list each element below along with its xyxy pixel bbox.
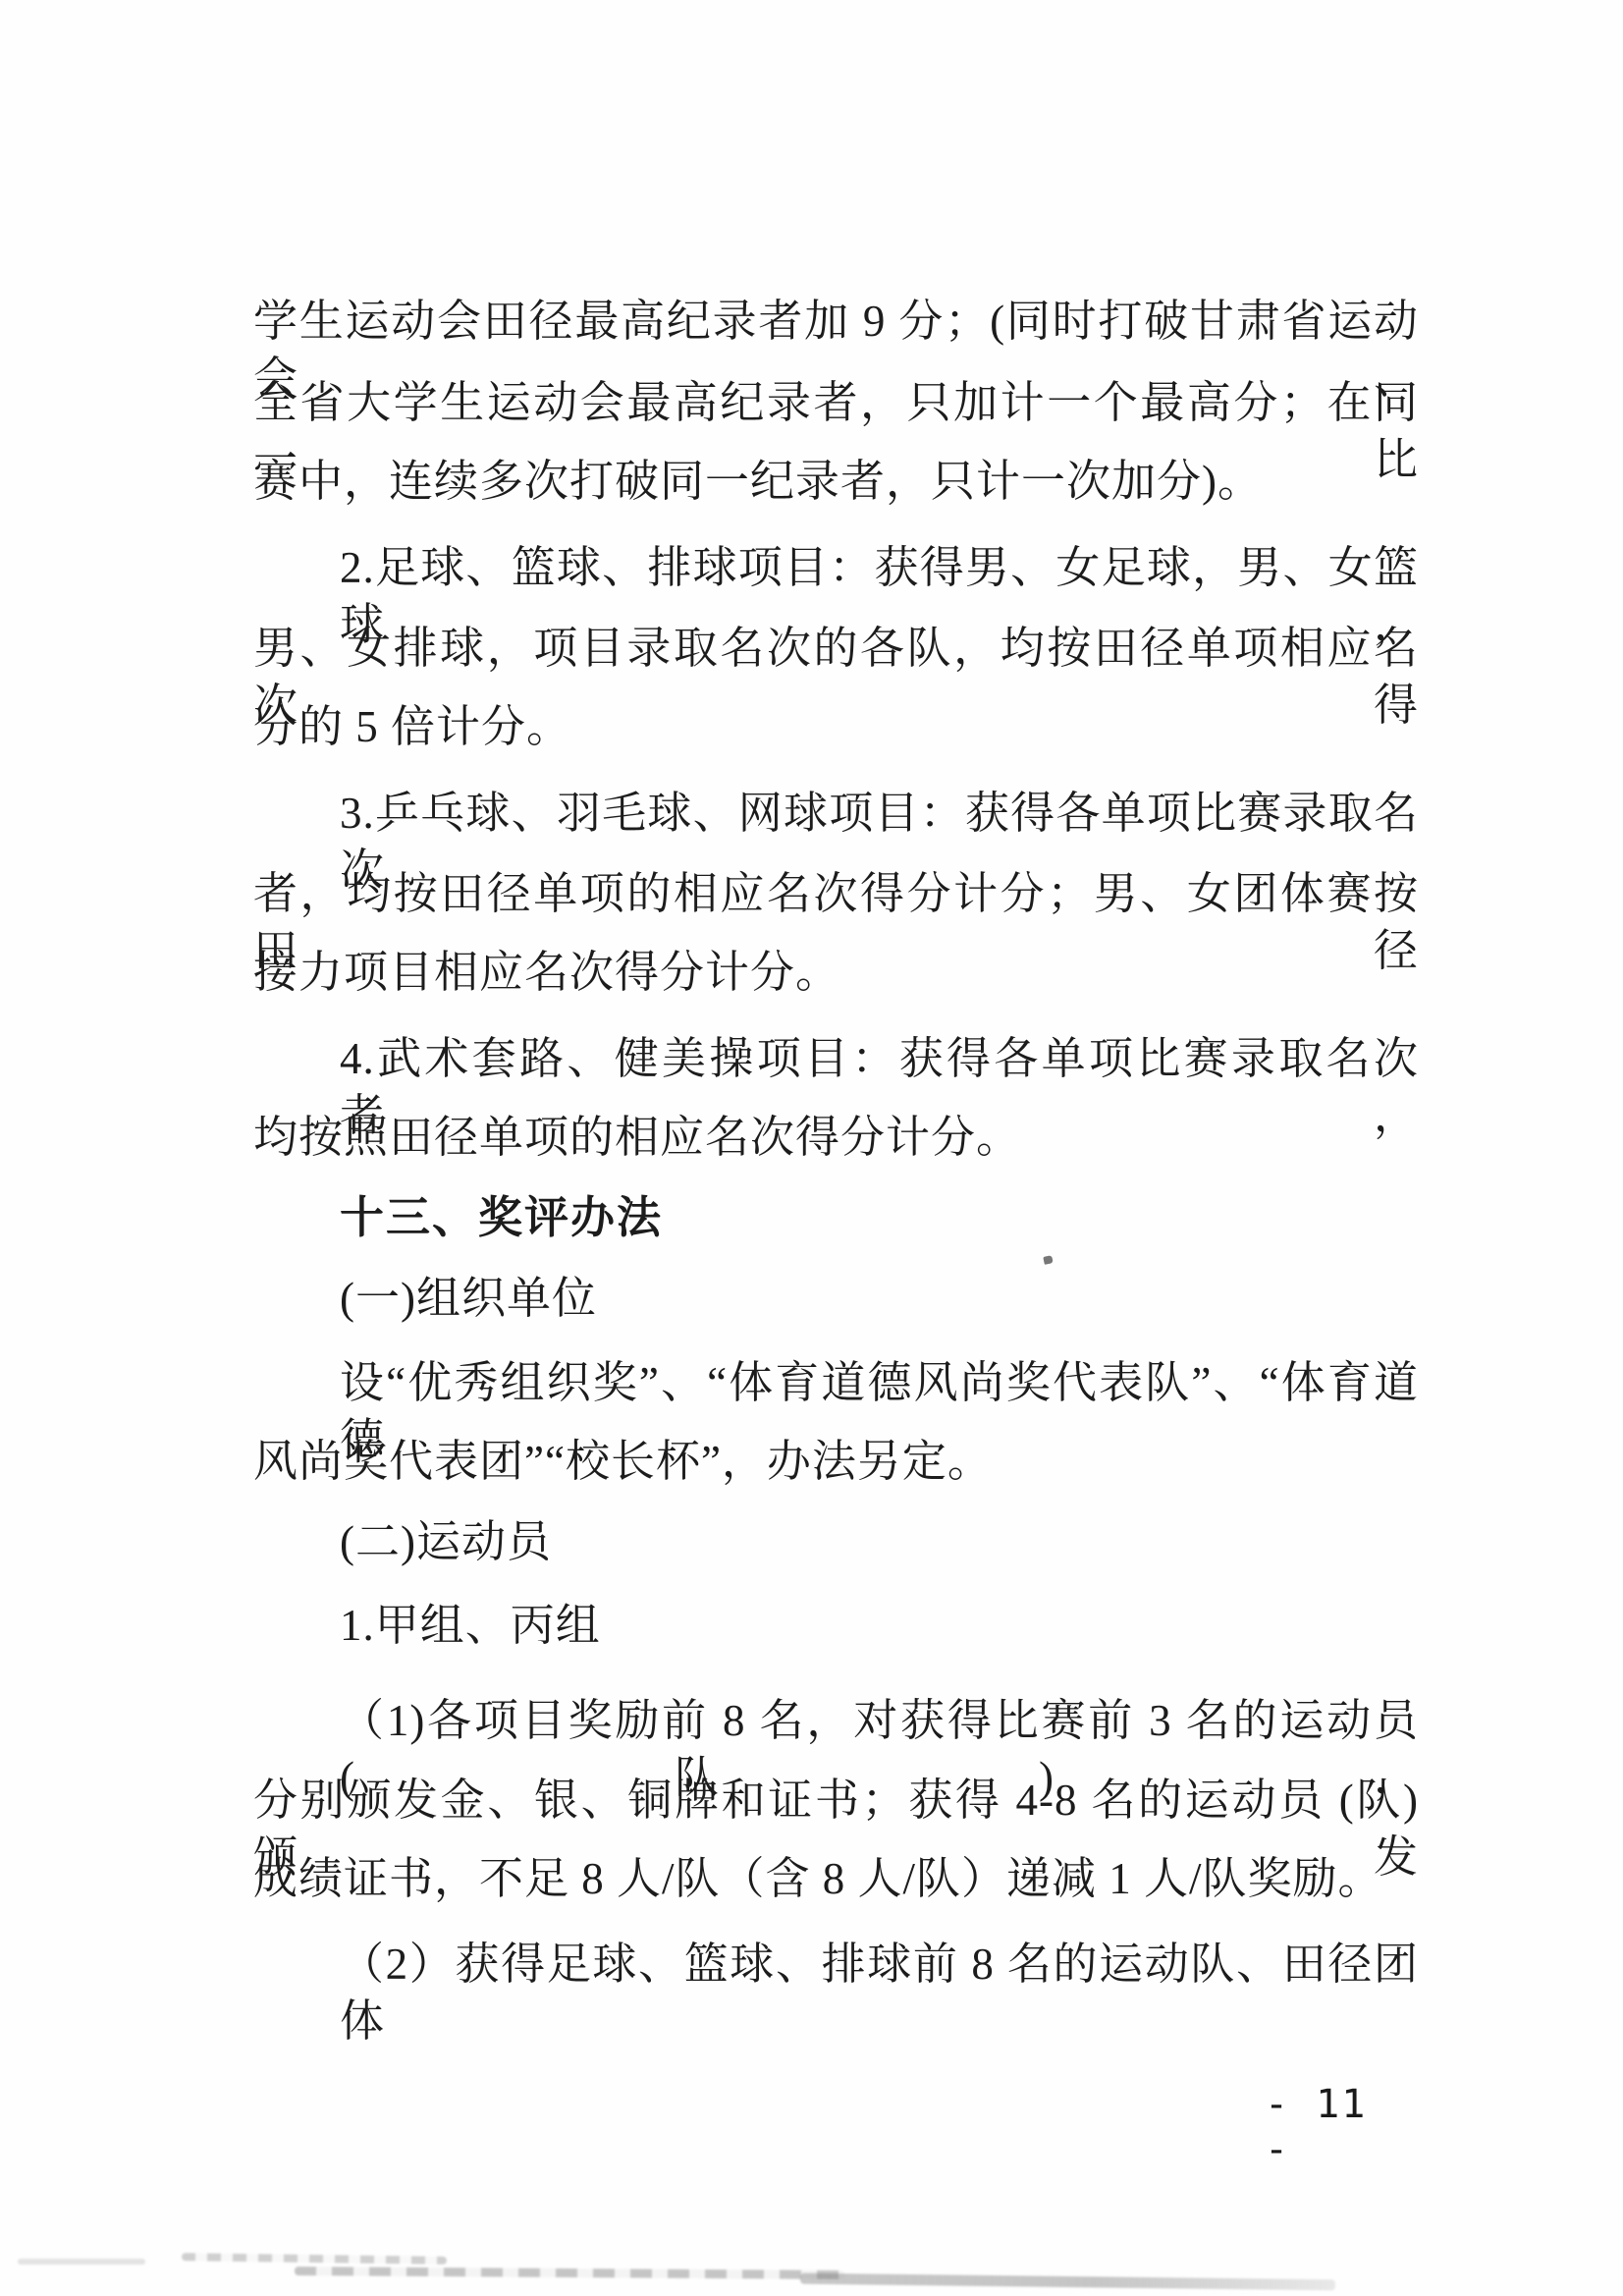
document-page: 学生运动会田径最高纪录者加 9 分；(同时打破甘肃省运动会、 全省大学生运动会最… [0,0,1623,2296]
subsection-heading: (二)运动员 [253,1513,1419,1570]
text-line: 4.武术套路、健美操项目：获得各单项比赛录取名次者， [253,1030,1419,1087]
text-line: 者，均按田径单项的相应名次得分计分；男、女团体赛按田径 [253,865,1419,922]
text-line: 设“优秀组织奖”、“体育道德风尚奖代表队”、“体育道德 [253,1354,1419,1411]
text-line: 接力项目相应名次得分计分。 [253,944,1419,1001]
text-line: 1.甲组、丙组 [253,1597,1419,1654]
text-line: 2.足球、篮球、排球项目：获得男、女足球，男、女篮球， [253,539,1419,596]
scan-smudge-artifact [295,2267,844,2279]
text-line: 均按照田径单项的相应名次得分计分。 [253,1109,1419,1166]
text-line: 3.乒乓球、羽毛球、网球项目：获得各单项比赛录取名次 [253,785,1419,842]
text-line: 学生运动会田径最高纪录者加 9 分；(同时打破甘肃省运动会、 [253,293,1419,350]
text-line: 风尚奖代表团”“校长杯”，办法另定。 [253,1433,1419,1490]
text-line: （2）获得足球、篮球、排球前 8 名的运动队、田径团体 [253,1936,1419,1993]
text-line: 成绩证书，不足 8 人/队（含 8 人/队）递减 1 人/队奖励。 [253,1850,1419,1907]
page-number: - 11 - [1265,2082,1402,2127]
scan-smudge-artifact [800,2273,1335,2291]
text-line: 分别颁发金、银、铜牌和证书；获得 4-8 名的运动员 (队) 颁发 [253,1772,1419,1829]
section-heading: 十三、奖评办法 [253,1189,1419,1246]
scan-fleck-artifact [1043,1255,1053,1265]
text-line: 全省大学生运动会最高纪录者，只加计一个最高分；在同一比 [253,374,1419,431]
text-line: 赛中，连续多次打破同一纪录者，只计一次加分)。 [253,453,1419,510]
text-line: （1)各项目奖励前 8 名，对获得比赛前 3 名的运动员 (队)， [253,1692,1419,1749]
text-line: 分的 5 倍计分。 [253,698,1419,755]
scan-smudge-artifact [182,2253,447,2265]
scan-smudge-artifact [18,2259,145,2265]
subsection-heading: (一)组织单位 [253,1270,1419,1327]
text-line: 男、女排球，项目录取名次的各队，均按田径单项相应名次得 [253,620,1419,677]
